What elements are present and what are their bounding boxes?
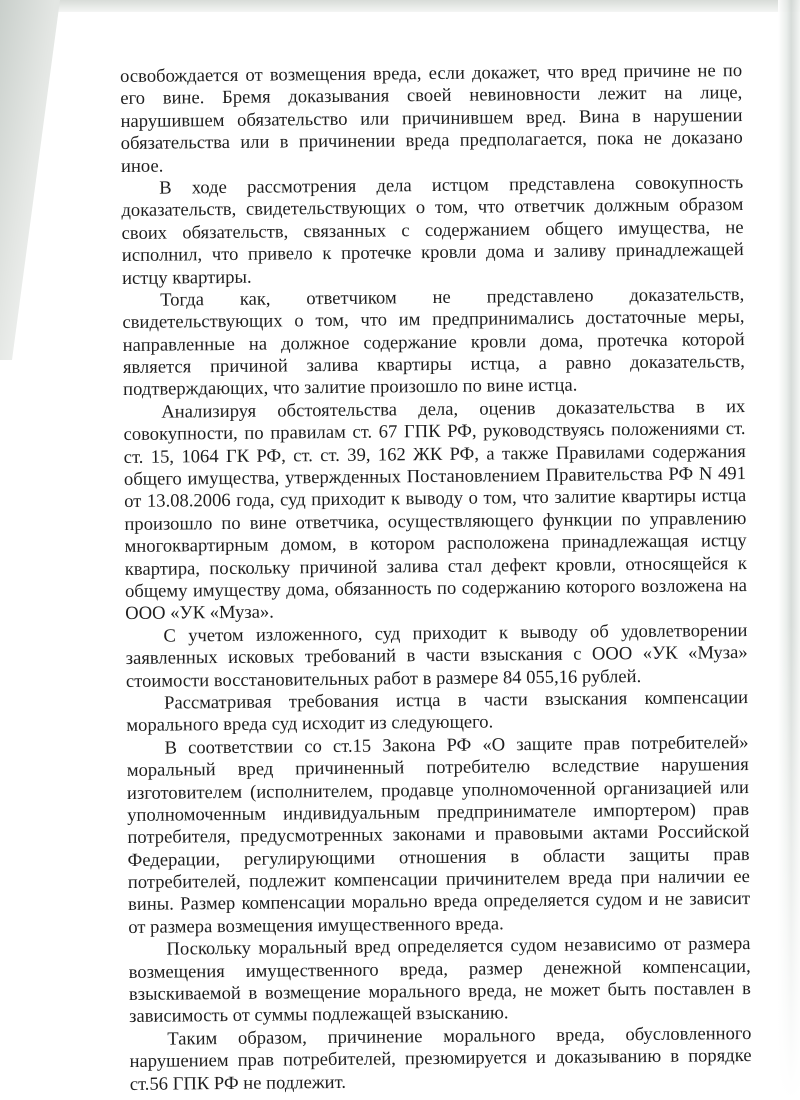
paragraph-moral-damage-intro: Рассматривая требования истца в части вз… xyxy=(126,687,748,738)
paragraph-court-analysis: Анализируя обстоятельства дела, оценив д… xyxy=(123,396,747,626)
paragraph-consumer-law: В соответствии со ст.15 Закона РФ «О защ… xyxy=(126,732,750,939)
scan-top-edge xyxy=(0,0,800,12)
scan-right-edge-fade xyxy=(778,620,800,1100)
paragraph-compensation-independence: Поскольку моральный вред определяется су… xyxy=(128,933,751,1029)
paragraph-defendant-no-evidence: Тогда как, ответчиком не представлено до… xyxy=(122,284,745,402)
scan-left-shadow xyxy=(0,0,60,360)
paragraph-liability-release: освобождается от возмещения вреда, если … xyxy=(120,60,743,178)
paragraph-conclusion: Таким образом, причинение морального вре… xyxy=(129,1023,752,1096)
paragraph-claim-satisfaction: С учетом изложенного, суд приходит к выв… xyxy=(125,620,748,693)
paragraph-plaintiff-evidence: В ходе рассмотрения дела истцом представ… xyxy=(121,172,744,290)
document-page: освобождается от возмещения вреда, если … xyxy=(120,60,752,1096)
